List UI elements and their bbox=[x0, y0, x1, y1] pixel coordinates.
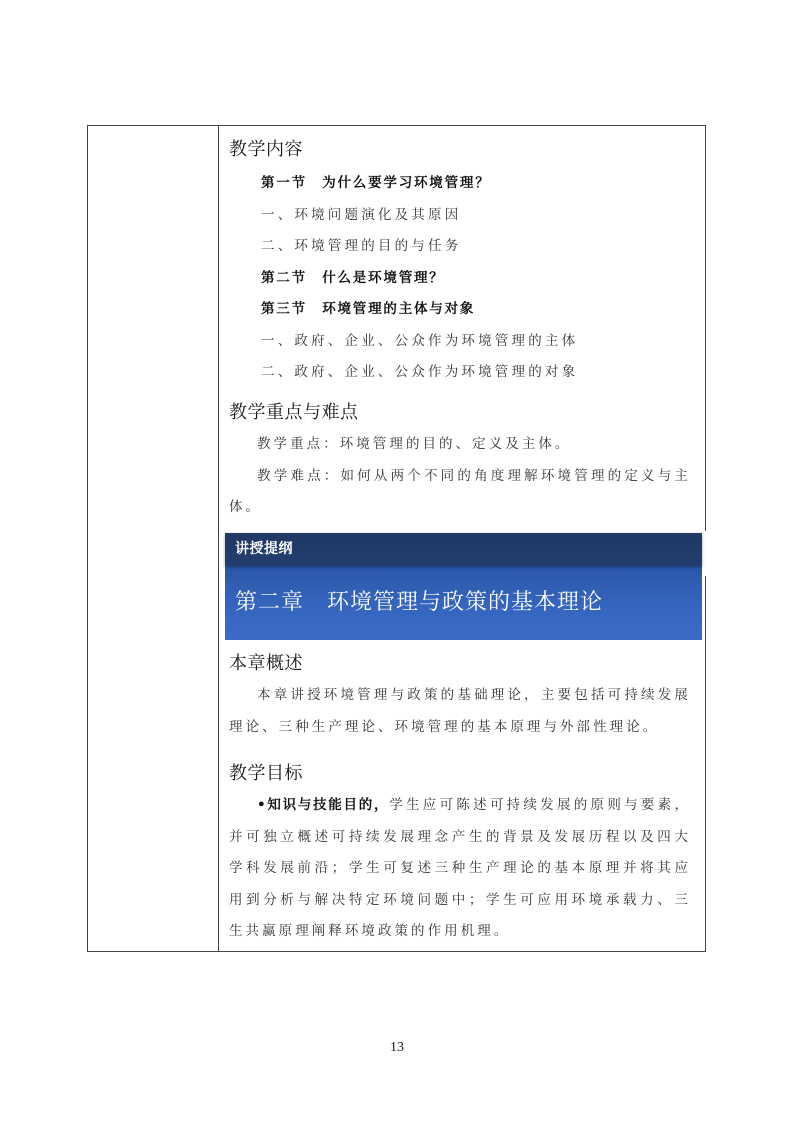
goal-body: 学生应可陈述可持续发展的原则与要素，并可独立概述可持续发展理念产生的背景及发展历… bbox=[229, 797, 691, 939]
chapter-overview-text: 本章讲授环境管理与政策的基础理论，主要包括可持续发展理论、三种生产理论、环境管理… bbox=[229, 680, 691, 743]
bullet-icon: • bbox=[257, 797, 267, 813]
teaching-content-heading: 教学内容 bbox=[229, 138, 691, 162]
page-number: 13 bbox=[0, 1040, 794, 1056]
key-difficulty-text: 教学难点：如何从两个不同的角度理解环境管理的定义与主体。 bbox=[229, 461, 691, 524]
chapter-overview-section: 本章概述 本章讲授环境管理与政策的基础理论，主要包括可持续发展理论、三种生产理论… bbox=[229, 652, 691, 743]
banner-label: 讲授提纲 bbox=[225, 533, 702, 566]
chapter-banner: 讲授提纲 第二章 环境管理与政策的基本理论 bbox=[225, 533, 702, 640]
section-3-item-2: 二、政府、企业、公众作为环境管理的对象 bbox=[229, 357, 691, 389]
key-points-heading: 教学重点与难点 bbox=[229, 401, 691, 425]
goal-lead: 知识与技能目的， bbox=[267, 797, 389, 813]
section-2-title: 第二节 什么是环境管理？ bbox=[229, 263, 691, 295]
teaching-goals-heading: 教学目标 bbox=[229, 762, 691, 786]
teaching-content-section: 教学内容 第一节 为什么要学习环境管理？ 一、环境问题演化及其原因 二、环境管理… bbox=[229, 138, 691, 389]
section-3-title: 第三节 环境管理的主体与对象 bbox=[229, 294, 691, 326]
border-gap bbox=[703, 531, 709, 576]
key-points-section: 教学重点与难点 教学重点：环境管理的目的、定义及主体。 教学难点：如何从两个不同… bbox=[229, 401, 691, 524]
section-1-item-2: 二、环境管理的目的与任务 bbox=[229, 231, 691, 263]
teaching-goals-text: •知识与技能目的，学生应可陈述可持续发展的原则与要素，并可独立概述可持续发展理念… bbox=[229, 790, 691, 948]
section-1-title: 第一节 为什么要学习环境管理？ bbox=[229, 168, 691, 200]
banner-chapter-title: 第二章 环境管理与政策的基本理论 bbox=[225, 566, 702, 640]
section-3-item-1: 一、政府、企业、公众作为环境管理的主体 bbox=[229, 326, 691, 358]
section-1-item-1: 一、环境问题演化及其原因 bbox=[229, 200, 691, 232]
chapter-overview-heading: 本章概述 bbox=[229, 652, 691, 676]
teaching-goals-section: 教学目标 •知识与技能目的，学生应可陈述可持续发展的原则与要素，并可独立概述可持… bbox=[229, 762, 691, 948]
key-focus-text: 教学重点：环境管理的目的、定义及主体。 bbox=[229, 429, 691, 461]
